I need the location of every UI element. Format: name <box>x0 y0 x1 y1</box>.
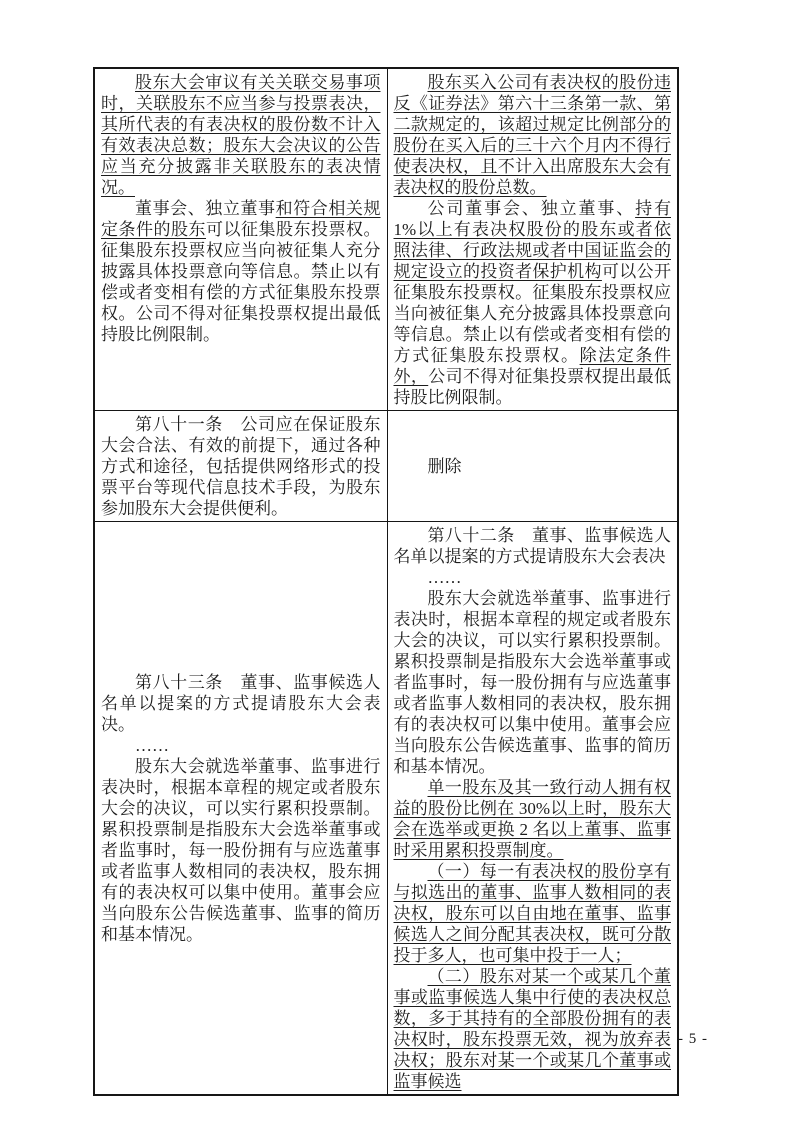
paragraph: …… <box>394 567 672 588</box>
table-row: 股东大会审议有关关联交易事项时，关联股东不应当参与投票表决，其所代表的有表决权的… <box>94 68 678 411</box>
text-run: 删除 <box>428 457 462 476</box>
table-row: 第八十一条 公司应在保证股东大会合法、有效的前提下，通过各种方式和途径，包括提供… <box>94 411 678 522</box>
text-run: 单一股东及其一致行动人拥有权益的股份比例在 30%以上时，股东大会在选举或更换 … <box>394 778 672 860</box>
paragraph: 股东大会审议有关关联交易事项时，关联股东不应当参与投票表决，其所代表的有表决权的… <box>101 72 381 198</box>
text-run: 第八十二条 董事、监事候选人名单以提案的方式提请股东大会表决 <box>394 526 672 566</box>
paragraph: 删除 <box>394 456 672 477</box>
text-run: …… <box>428 568 462 587</box>
paragraph: 单一股东及其一致行动人拥有权益的股份比例在 30%以上时，股东大会在选举或更换 … <box>394 777 672 861</box>
text-run: 股东买入公司有表决权的股份违反《证券法》第六十三条第一款、第二款规定的，该超过规… <box>394 73 672 197</box>
paragraph: 股东大会就选举董事、监事进行表决时，根据本章程的规定或者股东大会的决议，可以实行… <box>394 588 672 777</box>
text-run: （二）股东对某一个或某几个董事或监事候选人集中行使的表决权总数，多于其持有的全部… <box>394 967 672 1091</box>
text-run: 董事会、独立董事 <box>135 199 276 218</box>
paragraph: 股东买入公司有表决权的股份违反《证券法》第六十三条第一款、第二款规定的，该超过规… <box>394 72 672 198</box>
text-run: 股东大会审议有关关联交易事项时，关联股东不应当参与投票表决，其所代表的有表决权的… <box>101 73 381 197</box>
paragraph: 公司董事会、独立董事、持有 1%以上有表决权股份的股东或者依照法律、行政法规或者… <box>394 198 672 408</box>
old-clause-cell-article-81: 第八十一条 公司应在保证股东大会合法、有效的前提下，通过各种方式和途径，包括提供… <box>94 411 387 522</box>
old-clause-cell-voting-solicitation: 股东大会审议有关关联交易事项时，关联股东不应当参与投票表决，其所代表的有表决权的… <box>94 68 387 411</box>
new-clause-cell-deleted: 删除 <box>387 411 678 522</box>
paragraph: …… <box>101 735 381 756</box>
new-clause-cell-article-82: 第八十二条 董事、监事候选人名单以提案的方式提请股东大会表决 …… 股东大会就选… <box>387 522 678 1096</box>
paragraph: 第八十二条 董事、监事候选人名单以提案的方式提请股东大会表决 <box>394 525 672 567</box>
old-clause-cell-article-83: 第八十三条 董事、监事候选人名单以提案的方式提请股东大会表决。 …… 股东大会就… <box>94 522 387 1096</box>
new-clause-cell-voting-solicitation: 股东买入公司有表决权的股份违反《证券法》第六十三条第一款、第二款规定的，该超过规… <box>387 68 678 411</box>
paragraph: 股东大会就选举董事、监事进行表决时，根据本章程的规定或者股东大会的决议，可以实行… <box>101 756 381 945</box>
text-run: （一）每一有表决权的股份享有与拟选出的董事、监事人数相同的表决权，股东可以自由地… <box>394 862 672 965</box>
paragraph: 第八十一条 公司应在保证股东大会合法、有效的前提下，通过各种方式和途径，包括提供… <box>101 414 381 519</box>
text-run: 第八十三条 董事、监事候选人名单以提案的方式提请股东大会表决。 <box>101 673 381 734</box>
text-run: 股东大会就选举董事、监事进行表决时，根据本章程的规定或者股东大会的决议，可以实行… <box>394 589 672 776</box>
text-run: 公司不得对征集投票权提出最低持股比例限制。 <box>394 367 672 407</box>
paragraph: （一）每一有表决权的股份享有与拟选出的董事、监事人数相同的表决权，股东可以自由地… <box>394 861 672 966</box>
paragraph: （二）股东对某一个或某几个董事或监事候选人集中行使的表决权总数，多于其持有的全部… <box>394 966 672 1092</box>
text-run: 第八十一条 公司应在保证股东大会合法、有效的前提下，通过各种方式和途径，包括提供… <box>101 415 381 518</box>
text-run: …… <box>135 736 169 755</box>
text-run: 公司董事会、独立董事、 <box>428 199 636 218</box>
amendment-comparison-table: 股东大会审议有关关联交易事项时，关联股东不应当参与投票表决，其所代表的有表决权的… <box>93 67 679 1096</box>
table-row: 第八十三条 董事、监事候选人名单以提案的方式提请股东大会表决。 …… 股东大会就… <box>94 522 678 1096</box>
paragraph: 第八十三条 董事、监事候选人名单以提案的方式提请股东大会表决。 <box>101 672 381 735</box>
page-number: - 5 - <box>678 1031 708 1048</box>
text-run: 股东大会就选举董事、监事进行表决时，根据本章程的规定或者股东大会的决议，可以实行… <box>101 757 381 944</box>
paragraph: 董事会、独立董事和符合相关规定条件的股东可以征集股东投票权。征集股东投票权应当向… <box>101 198 381 345</box>
